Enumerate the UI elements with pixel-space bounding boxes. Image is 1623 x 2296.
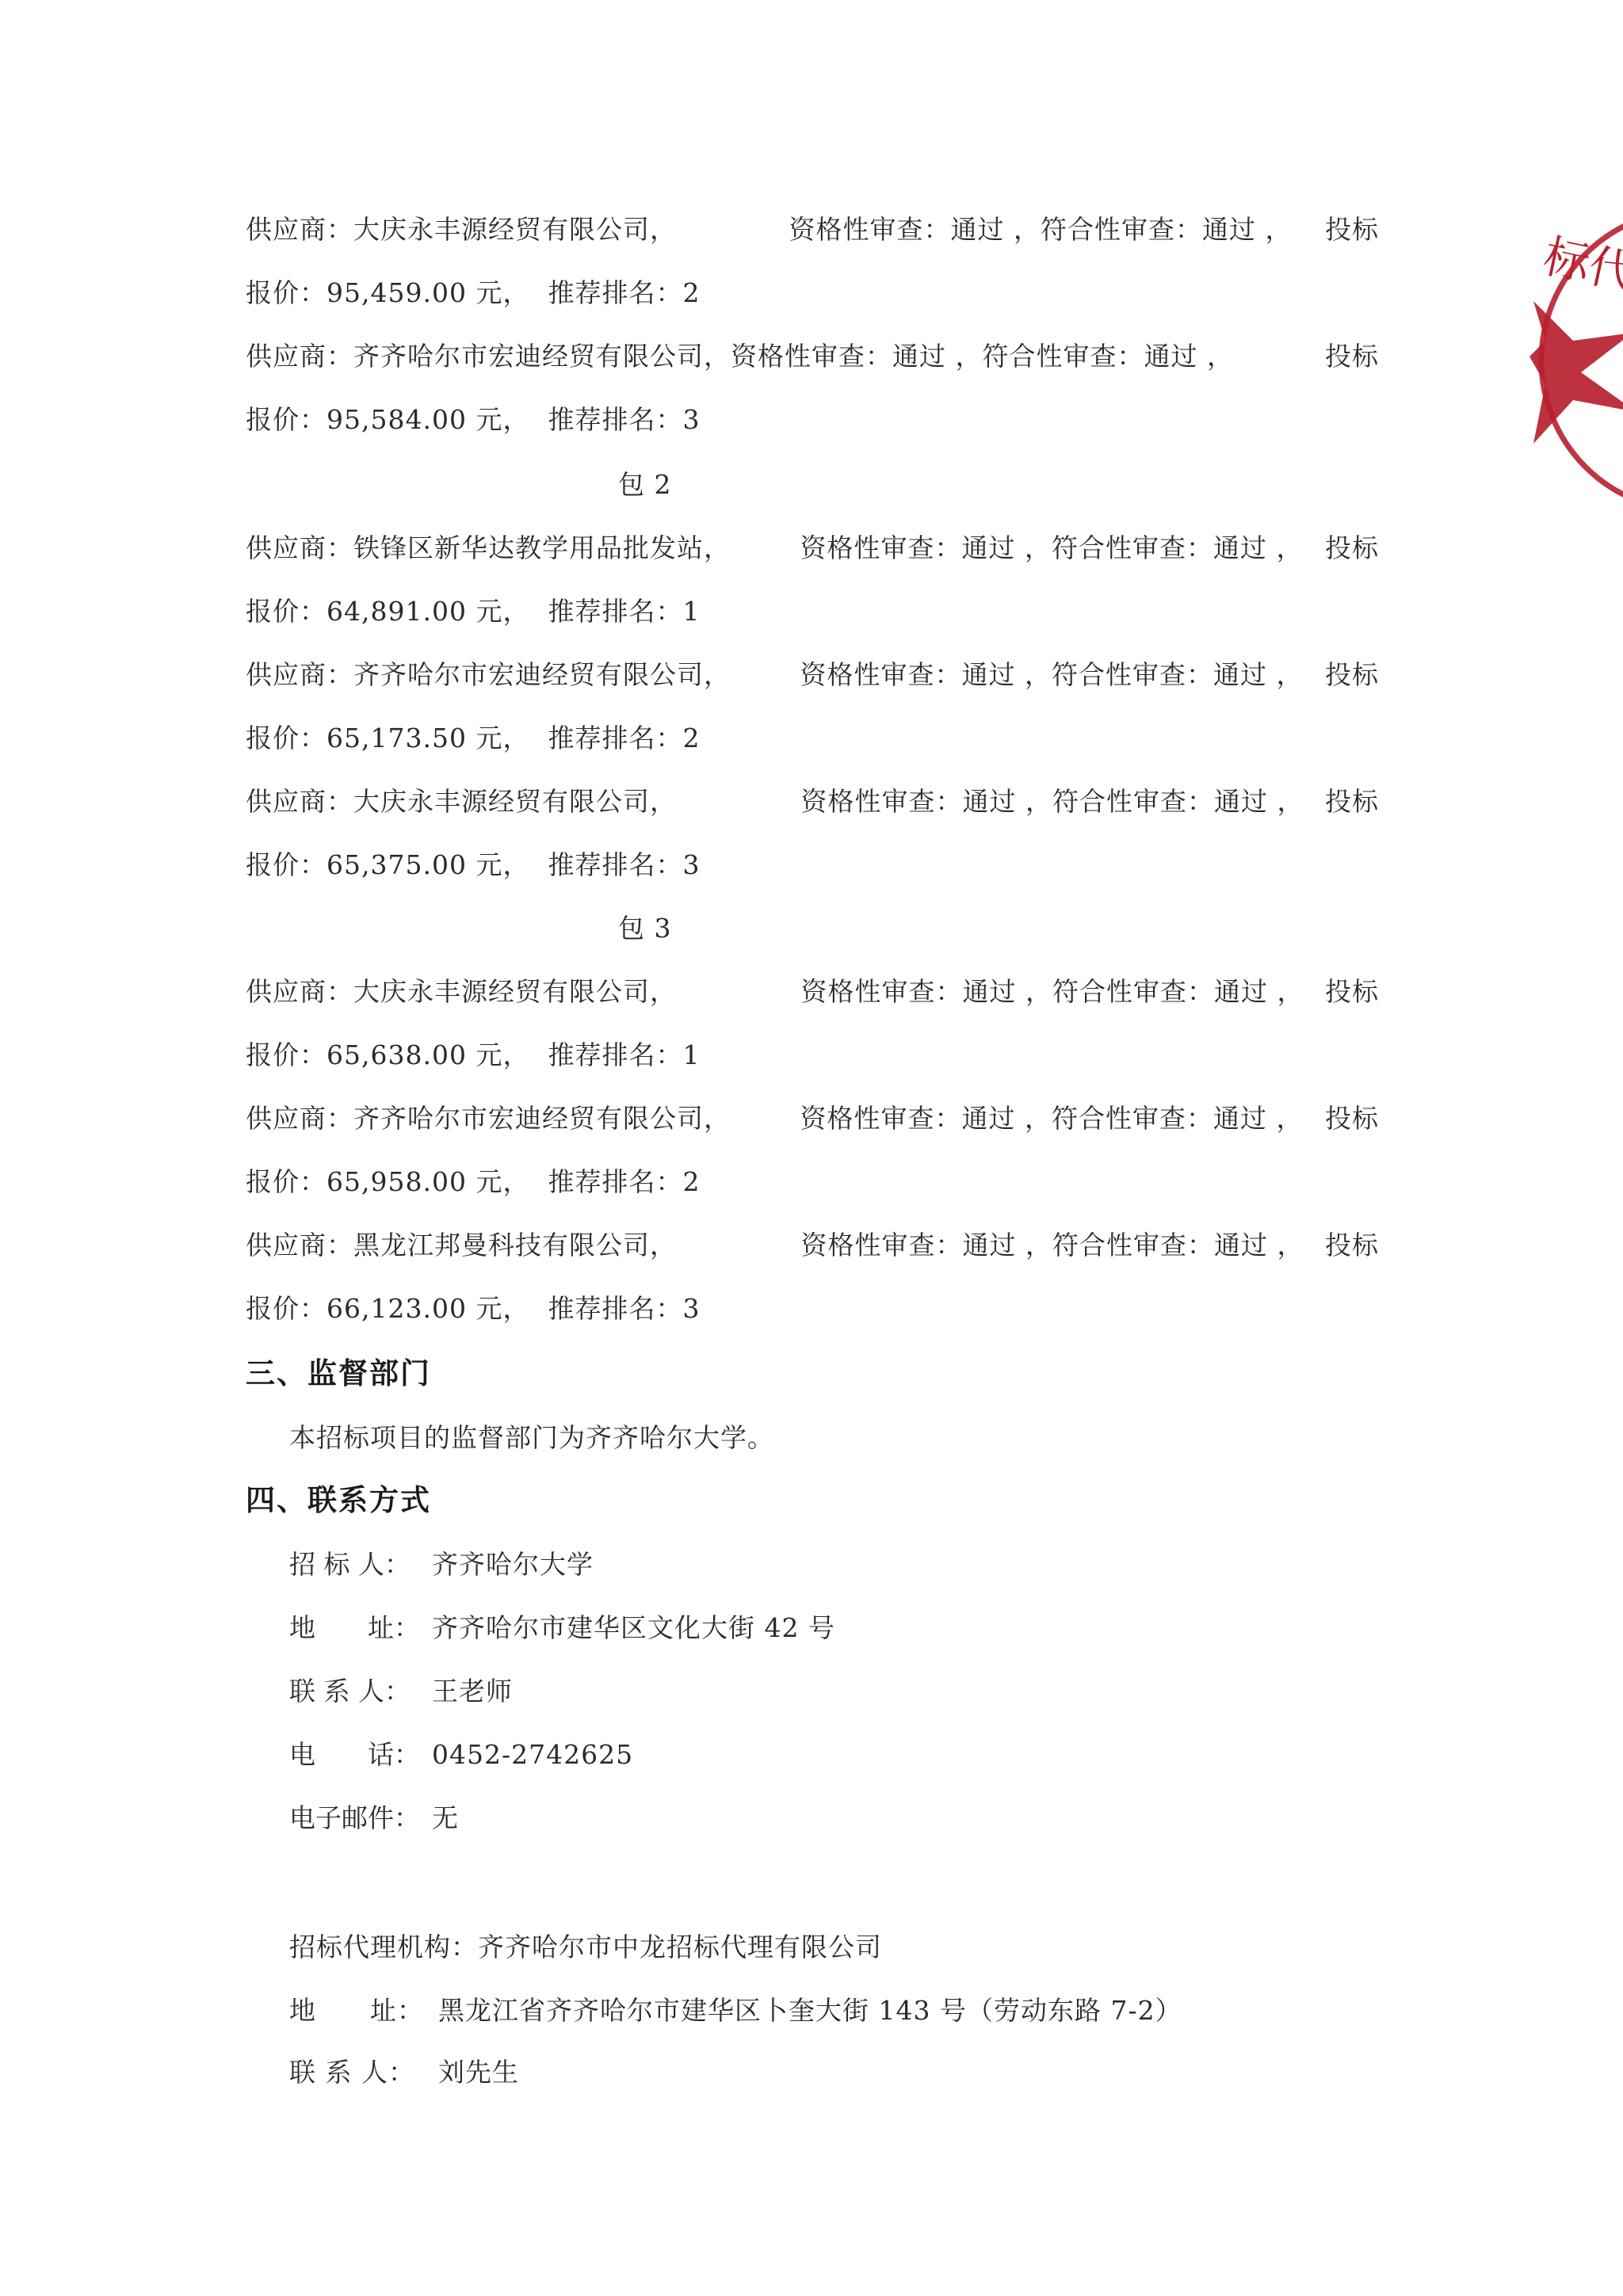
supplier-label: 供应商： <box>246 214 353 245</box>
supplier-row-line2: 报价：65,375.00 元， 推荐排名：3 <box>246 849 700 881</box>
recommended-rank: 推荐排名：1 <box>548 596 700 627</box>
agency-contact-row: 联 系 人：刘先生 <box>289 2057 519 2088</box>
supplier-name: 大庆永丰源经贸有限公司， <box>353 214 677 245</box>
supplier-name: 大庆永丰源经贸有限公司， <box>353 976 677 1007</box>
bid-label: 投标 <box>1325 976 1379 1008</box>
bid-label: 投标 <box>1325 214 1379 246</box>
supplier-row-line1: 供应商：黑龙江邦曼科技有限公司， 资格性审查：通过 ，符合性审查：通过 ， 投标 <box>246 1230 1379 1261</box>
bid-label: 投标 <box>1325 532 1379 564</box>
supplier-row-line2: 报价：66,123.00 元， 推荐排名：3 <box>246 1293 700 1325</box>
tenderer-name-row: 招 标 人：齐齐哈尔大学 <box>289 1549 594 1581</box>
supplier-row-line1: 供应商：大庆永丰源经贸有限公司， 资格性审查：通过 ，符合性审查：通过 ， 投标 <box>246 786 1379 818</box>
supplier-row-line1: 供应商：齐齐哈尔市宏迪经贸有限公司， 资格性审查：通过 ，符合性审查：通过 ， … <box>246 659 1379 691</box>
supervision-text: 本招标项目的监督部门为齐齐哈尔大学。 <box>289 1422 774 1454</box>
field-value: 齐齐哈尔市中龙招标代理有限公司 <box>478 1932 882 1962</box>
seal-icon: 标代理 <box>1526 202 1623 519</box>
recommended-rank: 推荐排名：2 <box>548 1166 700 1197</box>
supplier-row-line1: 供应商：铁锋区新华达教学用品批发站， 资格性审查：通过 ，符合性审查：通过 ， … <box>246 532 1379 564</box>
supplier-row-line1: 供应商：齐齐哈尔市宏迪经贸有限公司，资格性审查：通过 ，符合性审查：通过 ， 投… <box>246 341 1379 372</box>
bid-price: 报价：66,123.00 元， <box>246 1293 529 1324</box>
official-seal-stamp: 标代理 <box>1526 202 1623 519</box>
supplier-label: 供应商： <box>246 532 353 563</box>
supplier-row-line2: 报价：95,584.00 元， 推荐排名：3 <box>246 404 700 436</box>
supplier-name: 铁锋区新华达教学用品批发站， <box>353 532 731 563</box>
bid-label: 投标 <box>1325 659 1379 691</box>
field-label: 招 标 人： <box>289 1549 432 1581</box>
field-value: 0452-2742625 <box>432 1739 633 1770</box>
bid-price: 报价：64,891.00 元， <box>246 596 529 627</box>
supplier-row-line2: 报价：65,173.50 元， 推荐排名：2 <box>246 723 700 754</box>
review-result: 资格性审查：通过 ，符合性审查：通过 ， <box>801 786 1304 818</box>
field-value: 无 <box>432 1802 459 1833</box>
field-value: 齐齐哈尔大学 <box>432 1549 594 1580</box>
field-label: 电 话： <box>289 1739 432 1771</box>
tenderer-email-row: 电子邮件：无 <box>289 1802 459 1834</box>
recommended-rank: 推荐排名：2 <box>548 723 700 753</box>
tenderer-phone-row: 电 话：0452-2742625 <box>289 1739 633 1771</box>
supplier-name: 齐齐哈尔市宏迪经贸有限公司， <box>353 659 731 690</box>
supplier-row-line1: 供应商：齐齐哈尔市宏迪经贸有限公司， 资格性审查：通过 ，符合性审查：通过 ， … <box>246 1103 1379 1135</box>
supplier-name: 齐齐哈尔市宏迪经贸有限公司， <box>353 1103 731 1134</box>
document-page: 供应商：大庆永丰源经贸有限公司， 资格性审查：通过 ，符合性审查：通过 ， 投标… <box>0 0 1623 2296</box>
bid-price: 报价：65,958.00 元， <box>246 1166 529 1197</box>
field-value: 齐齐哈尔市建华区文化大街 42 号 <box>432 1612 835 1643</box>
supplier-row-line2: 报价：65,638.00 元， 推荐排名：1 <box>246 1039 700 1071</box>
agency-name-row: 招标代理机构：齐齐哈尔市中龙招标代理有限公司 <box>289 1932 882 1963</box>
supplier-name: 黑龙江邦曼科技有限公司， <box>353 1230 677 1261</box>
supplier-name: 大庆永丰源经贸有限公司， <box>353 786 677 817</box>
supplier-row-line1: 供应商：大庆永丰源经贸有限公司， 资格性审查：通过 ，符合性审查：通过 ， 投标 <box>246 214 1379 246</box>
review-result: 资格性审查：通过 ，符合性审查：通过 ， <box>789 214 1293 246</box>
review-result: 资格性审查：通过 ，符合性审查：通过 ， <box>800 532 1304 564</box>
bid-price: 报价：65,173.50 元， <box>246 723 529 753</box>
field-label: 招标代理机构： <box>289 1932 478 1962</box>
bid-price: 报价：95,584.00 元， <box>246 404 529 435</box>
seal-text: 标代理 <box>1539 229 1623 311</box>
field-label: 联 系 人： <box>289 2057 438 2088</box>
supplier-row-line1: 供应商：大庆永丰源经贸有限公司， 资格性审查：通过 ，符合性审查：通过 ， 投标 <box>246 976 1379 1008</box>
recommended-rank: 推荐排名：2 <box>548 277 700 308</box>
supplier-label: 供应商： <box>246 341 353 372</box>
field-value: 王老师 <box>432 1676 513 1707</box>
supplier-label: 供应商： <box>246 786 353 817</box>
bid-price: 报价：65,638.00 元， <box>246 1039 529 1070</box>
supplier-row-line2: 报价：65,958.00 元， 推荐排名：2 <box>246 1166 700 1198</box>
review-result: 资格性审查：通过 ，符合性审查：通过 ， <box>801 976 1304 1008</box>
bid-label: 投标 <box>1325 786 1379 818</box>
review-result: 资格性审查：通过 ，符合性审查：通过 ， <box>800 1103 1304 1135</box>
recommended-rank: 推荐排名：3 <box>548 404 700 435</box>
supplier-label: 供应商： <box>246 659 353 690</box>
recommended-rank: 推荐排名：1 <box>548 1039 700 1070</box>
bid-price: 报价：95,459.00 元， <box>246 277 529 308</box>
review-result: 资格性审查：通过 ，符合性审查：通过 ， <box>801 1230 1304 1261</box>
field-label: 联 系 人： <box>289 1676 432 1707</box>
bid-label: 投标 <box>1325 341 1379 372</box>
agency-address-row: 地 址：黑龙江省齐齐哈尔市建华区卜奎大街 143 号（劳动东路 7-2） <box>289 1995 1182 2027</box>
supplier-row-line2: 报价：64,891.00 元， 推荐排名：1 <box>246 596 700 627</box>
field-label: 电子邮件： <box>289 1802 432 1834</box>
review-result: 资格性审查：通过 ，符合性审查：通过 ， <box>800 659 1304 691</box>
bid-label: 投标 <box>1325 1230 1379 1261</box>
review-result: 资格性审查：通过 ，符合性审查：通过 ， <box>731 341 1234 372</box>
supplier-label: 供应商： <box>246 976 353 1007</box>
tenderer-address-row: 地 址：齐齐哈尔市建华区文化大街 42 号 <box>289 1612 835 1644</box>
supplier-name: 齐齐哈尔市宏迪经贸有限公司， <box>353 341 731 372</box>
supplier-label: 供应商： <box>246 1103 353 1134</box>
tenderer-contact-row: 联 系 人：王老师 <box>289 1676 513 1707</box>
supplier-label: 供应商： <box>246 1230 353 1261</box>
recommended-rank: 推荐排名：3 <box>548 1293 700 1324</box>
package-title: 包 3 <box>618 913 672 944</box>
supplier-row-line2: 报价：95,459.00 元， 推荐排名：2 <box>246 277 700 309</box>
field-value: 刘先生 <box>438 2057 519 2088</box>
section-heading-supervision: 三、监督部门 <box>246 1356 431 1391</box>
section-heading-contact: 四、联系方式 <box>246 1483 431 1518</box>
bid-label: 投标 <box>1325 1103 1379 1135</box>
field-label: 地 址： <box>289 1612 432 1644</box>
field-label: 地 址： <box>289 1995 438 2027</box>
field-value: 黑龙江省齐齐哈尔市建华区卜奎大街 143 号（劳动东路 7-2） <box>438 1995 1182 2026</box>
package-title: 包 2 <box>618 469 672 501</box>
recommended-rank: 推荐排名：3 <box>548 849 700 880</box>
bid-price: 报价：65,375.00 元， <box>246 849 529 880</box>
